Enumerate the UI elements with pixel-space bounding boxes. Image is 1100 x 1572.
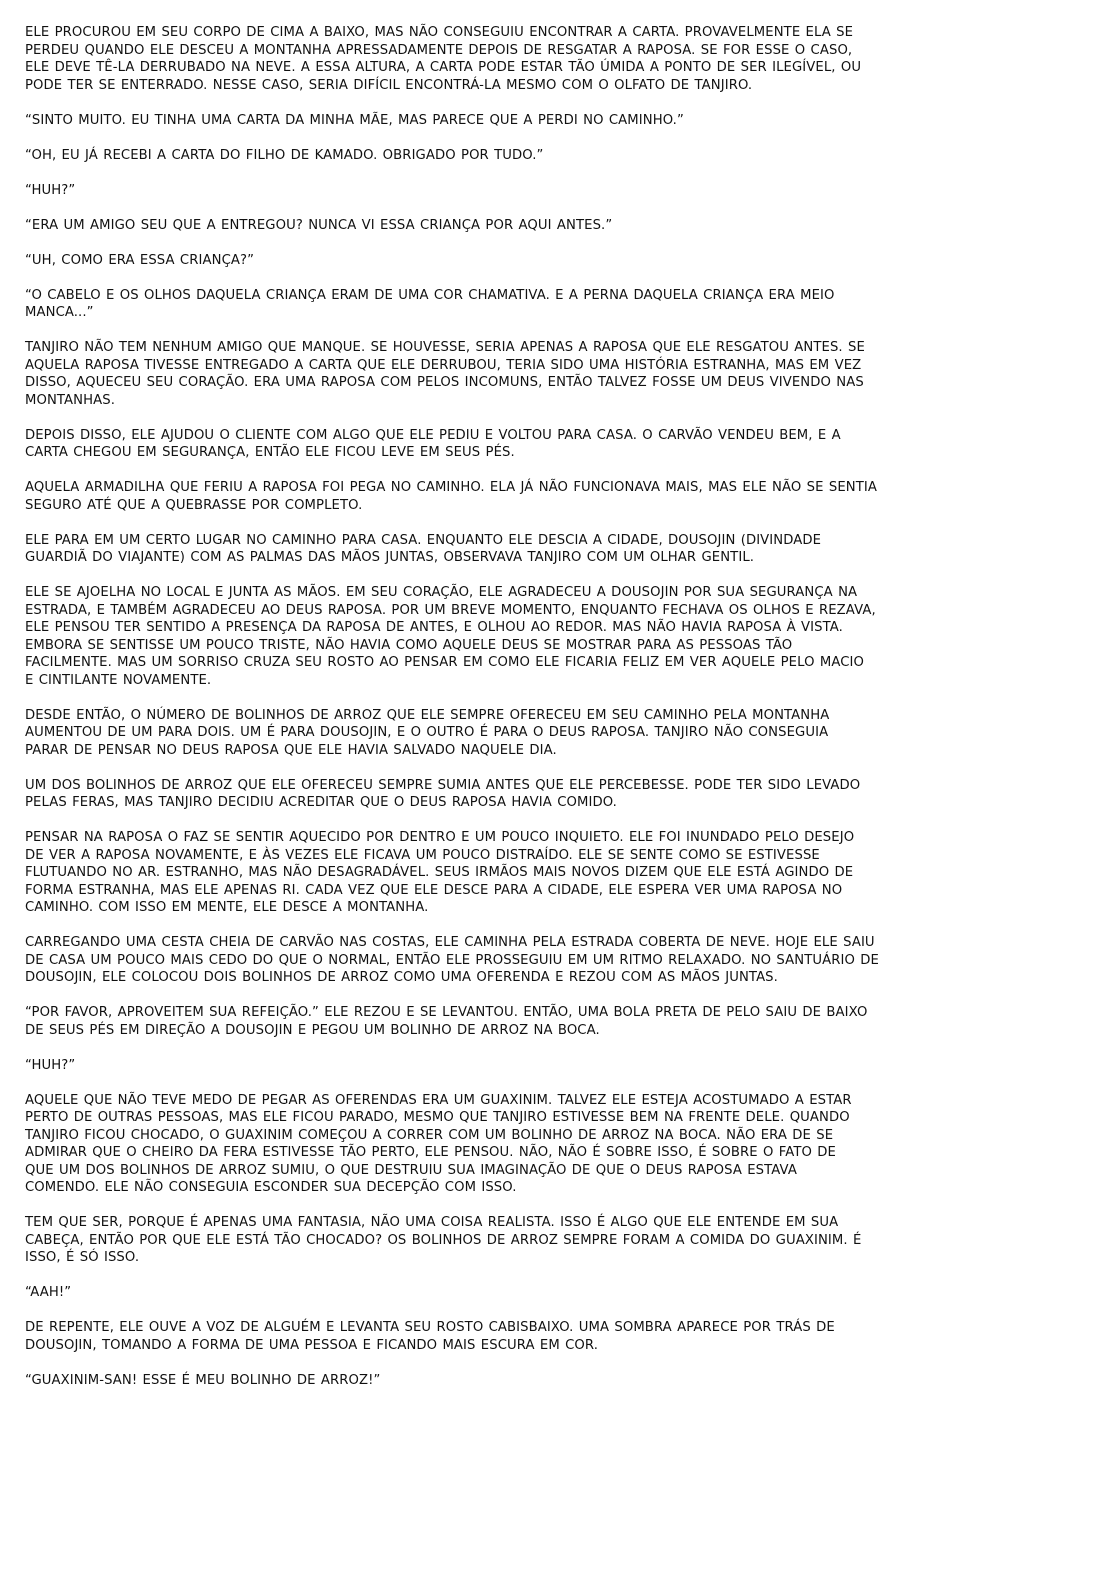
paragraph: AQUELA ARMADILHA QUE FERIU A RAPOSA FOI …: [25, 479, 1075, 514]
paragraph: DESDE ENTÃO, O NÚMERO DE BOLINHOS DE ARR…: [25, 707, 1075, 760]
dialogue-line: “ERA UM AMIGO SEU QUE A ENTREGOU? NUNCA …: [25, 217, 1075, 235]
paragraph: UM DOS BOLINHOS DE ARROZ QUE ELE OFERECE…: [25, 777, 1075, 812]
paragraph: ELE PROCUROU EM SEU CORPO DE CIMA A BAIX…: [25, 24, 1075, 94]
paragraph: AQUELE QUE NÃO TEVE MEDO DE PEGAR AS OFE…: [25, 1092, 1075, 1197]
paragraph: ELE PARA EM UM CERTO LUGAR NO CAMINHO PA…: [25, 532, 1075, 567]
document-page: ELE PROCUROU EM SEU CORPO DE CIMA A BAIX…: [25, 24, 1075, 1407]
paragraph: PENSAR NA RAPOSA O FAZ SE SENTIR AQUECID…: [25, 829, 1075, 917]
paragraph: DEPOIS DISSO, ELE AJUDOU O CLIENTE COM A…: [25, 427, 1075, 462]
dialogue-line: “HUH?”: [25, 1057, 1075, 1075]
paragraph: DE REPENTE, ELE OUVE A VOZ DE ALGUÉM E L…: [25, 1319, 1075, 1354]
dialogue-line: “SINTO MUITO. EU TINHA UMA CARTA DA MINH…: [25, 112, 1075, 130]
dialogue-line: “GUAXINIM-SAN! ESSE É MEU BOLINHO DE ARR…: [25, 1372, 1075, 1390]
paragraph: “POR FAVOR, APROVEITEM SUA REFEIÇÃO.” EL…: [25, 1004, 1075, 1039]
dialogue-line: “OH, EU JÁ RECEBI A CARTA DO FILHO DE KA…: [25, 147, 1075, 165]
paragraph: ELE SE AJOELHA NO LOCAL E JUNTA AS MÃOS.…: [25, 584, 1075, 689]
dialogue-line: “AAH!”: [25, 1284, 1075, 1302]
paragraph: TEM QUE SER, PORQUE É APENAS UMA FANTASI…: [25, 1214, 1075, 1267]
paragraph: CARREGANDO UMA CESTA CHEIA DE CARVÃO NAS…: [25, 934, 1075, 987]
dialogue-line: “O CABELO E OS OLHOS DAQUELA CRIANÇA ERA…: [25, 287, 1075, 322]
dialogue-line: “HUH?”: [25, 182, 1075, 200]
dialogue-line: “UH, COMO ERA ESSA CRIANÇA?”: [25, 252, 1075, 270]
paragraph: TANJIRO NÃO TEM NENHUM AMIGO QUE MANQUE.…: [25, 339, 1075, 409]
